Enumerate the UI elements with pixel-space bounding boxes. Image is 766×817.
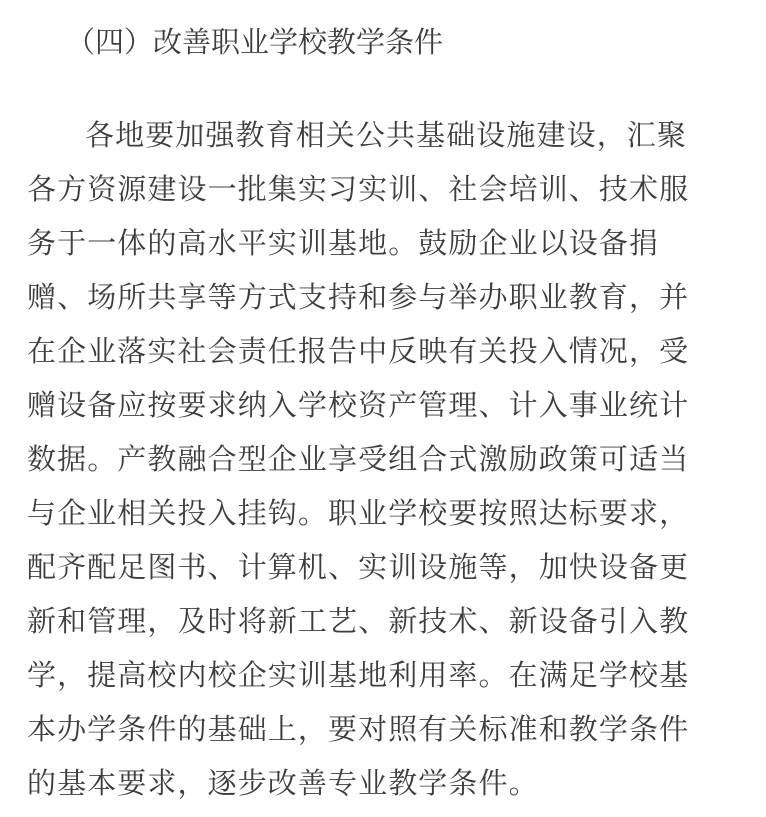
paragraph-line: 新和管理，及时将新工艺、新技术、新设备引入教 xyxy=(27,594,766,648)
paragraph-line: 在企业落实社会责任报告中反映有关投入情况，受 xyxy=(27,324,766,378)
paragraph-line: 数据。产教融合型企业享受组合式激励政策可适当 xyxy=(27,432,766,486)
paragraph-line: 与企业相关投入挂钩。职业学校要按照达标要求， xyxy=(27,486,766,540)
paragraph-line: 学，提高校内校企实训基地利用率。在满足学校基 xyxy=(27,648,766,702)
paragraph-line: 赠设备应按要求纳入学校资产管理、计入事业统计 xyxy=(27,378,766,432)
paragraph-line: 赠、场所共享等方式支持和参与举办职业教育，并 xyxy=(27,270,766,324)
section-heading: （四）改善职业学校教学条件 xyxy=(66,22,443,62)
paragraph-line: 的基本要求，逐步改善专业教学条件。 xyxy=(27,756,766,810)
paragraph-line: 务于一体的高水平实训基地。鼓励企业以设备捐 xyxy=(27,216,766,270)
document-page: （四）改善职业学校教学条件 各地要加强教育相关公共基础设施建设，汇聚 各方资源建… xyxy=(0,0,766,817)
paragraph-line: 本办学条件的基础上，要对照有关标准和教学条件 xyxy=(27,702,766,756)
section-paragraph: 各地要加强教育相关公共基础设施建设，汇聚 各方资源建设一批集实习实训、社会培训、… xyxy=(27,108,766,810)
paragraph-line: 各方资源建设一批集实习实训、社会培训、技术服 xyxy=(27,162,766,216)
paragraph-line: 各地要加强教育相关公共基础设施建设，汇聚 xyxy=(27,108,766,162)
paragraph-line: 配齐配足图书、计算机、实训设施等，加快设备更 xyxy=(27,540,766,594)
